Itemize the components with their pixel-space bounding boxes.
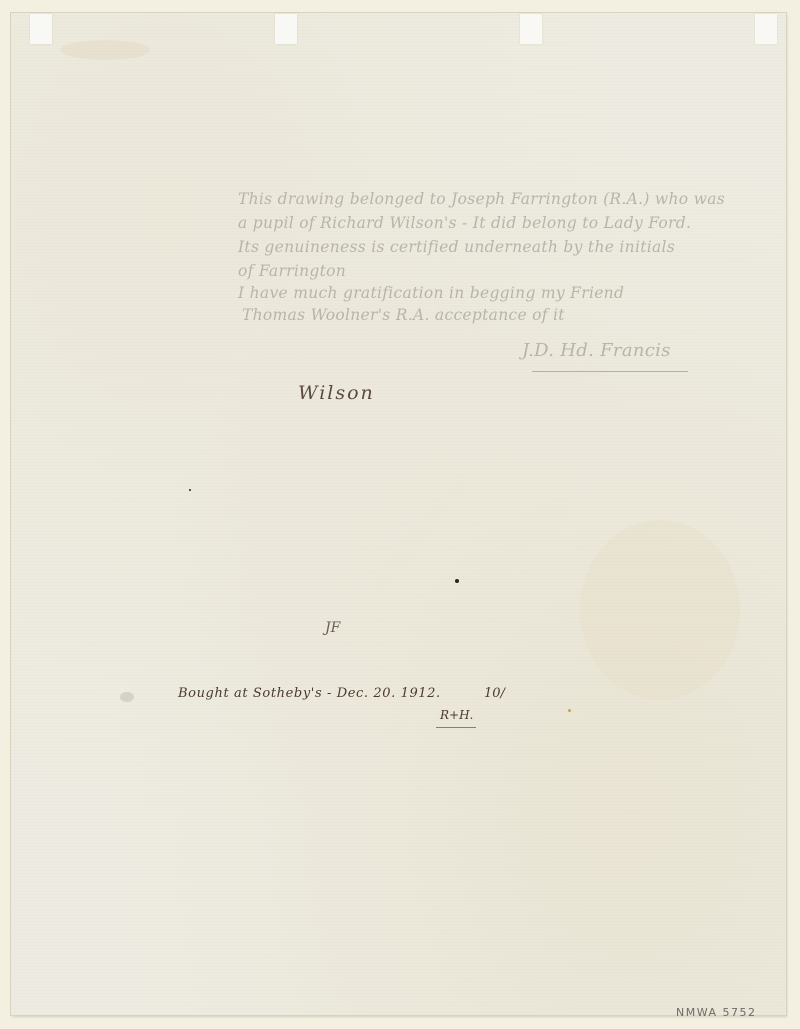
purchase-text: Bought at Sotheby's - Dec. 20. 1912. (178, 686, 441, 701)
paper-stain (60, 40, 150, 60)
mounting-tape (275, 14, 297, 44)
ink-speck (455, 579, 459, 583)
signature-underline (532, 371, 688, 372)
mounting-tape (30, 14, 52, 44)
accession-number: NMWA 5752 (676, 1006, 757, 1019)
mounting-tape (755, 14, 777, 44)
inscription-line: I have much gratification in begging my … (238, 284, 624, 302)
ink-speck (189, 489, 191, 491)
signature: J.D. Hd. Francis (522, 340, 671, 361)
artist-name: Wilson (298, 382, 375, 404)
inscription-line: This drawing belonged to Joseph Farringt… (238, 190, 725, 208)
paper-stain (580, 520, 740, 700)
inscription-line: a pupil of Richard Wilson's - It did bel… (238, 214, 691, 232)
inscription-line: Its genuineness is certified underneath … (238, 238, 675, 256)
inscription-line: of Farrington (238, 262, 346, 280)
stain-speck (568, 709, 571, 712)
purchase-initials: R+H. (440, 708, 473, 722)
smudge (120, 692, 134, 702)
purchase-price: 10/ (484, 686, 505, 701)
initials-mark: JF (325, 620, 340, 636)
paper-sheet (11, 13, 786, 1015)
mounting-tape (520, 14, 542, 44)
initials-underline (436, 727, 476, 728)
inscription-line: Thomas Woolner's R.A. acceptance of it (242, 306, 565, 324)
